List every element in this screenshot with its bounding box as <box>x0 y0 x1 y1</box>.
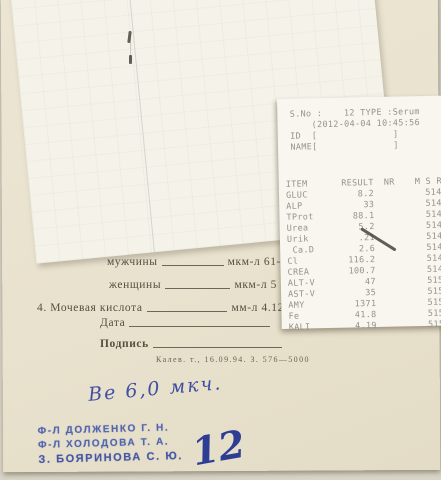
receipt-name-line: NAME[ ] <box>285 139 441 153</box>
staple-bottom-mark <box>129 55 132 64</box>
item-rc: 5152 <box>417 297 441 309</box>
date-label: Дата <box>100 317 125 329</box>
printing-house-note: Калев. т., 16.09.94. З. 576—5000 <box>156 355 310 364</box>
item-result: 8.2 <box>332 189 374 201</box>
item-rc: 5146 <box>416 231 441 243</box>
men-unit: мкм-л 61- <box>228 256 281 268</box>
col-ms-rc: M S RC# <box>415 176 441 188</box>
item-result: 47 <box>334 277 376 289</box>
women-unit: мкм-л 5 <box>234 279 277 291</box>
item-rc: 5154 <box>418 319 441 331</box>
item-result: 100.7 <box>334 266 376 278</box>
item-result: 1371 <box>334 299 376 311</box>
signature-label: Подпись <box>100 338 149 350</box>
item-rc: 5147 <box>416 242 441 254</box>
blank-line <box>165 288 230 289</box>
form-line-date: Дата <box>100 317 274 329</box>
item-rc: 5151 <box>417 286 441 298</box>
personnel-stamp: Ф-Л ДОЛЖЕНКО Г. Н. Ф-Л ХОЛОДОВА Т. А. З.… <box>37 421 183 467</box>
item-result: 35 <box>334 288 376 300</box>
form-line-signature: Подпись <box>100 338 286 350</box>
blank-line <box>129 326 270 327</box>
form-line-uric-acid: 4. Мочевая кислота мм-л 4.12 <box>37 302 284 314</box>
item-rc: 5145 <box>416 220 441 232</box>
item-rc: 5149 <box>417 264 441 276</box>
item-rc: 5144 <box>415 209 441 221</box>
item-result: 33 <box>332 200 374 212</box>
document-photo: мужчины мкм-л 61- женщины мкм-л 5 4. Моч… <box>0 0 441 480</box>
item-rc: 5148 <box>416 253 441 265</box>
item-rc: 5143 <box>415 198 441 210</box>
item-result: 116.2 <box>333 255 375 267</box>
item-rc: 5142 <box>415 187 441 199</box>
item-result: 41.8 <box>334 310 376 322</box>
lab-analyzer-receipt: S.No : 12 TYPE :Serum (2012-04-04 10:45:… <box>277 95 441 329</box>
item-result: 2.6 <box>333 244 375 256</box>
form-line-women: женщины мкм-л 5 <box>109 279 277 291</box>
handwritten-sample-number: 12 <box>188 421 248 475</box>
col-nr: NR <box>384 177 415 189</box>
men-label: мужчины <box>107 256 158 268</box>
col-result: RESULT <box>332 178 374 190</box>
blank-line <box>153 347 282 348</box>
item-rc: 5153 <box>417 308 441 320</box>
women-label: женщины <box>109 279 161 291</box>
uric-acid-unit: мм-л 4.12 <box>231 302 284 314</box>
item-result: 4.19 <box>335 321 377 333</box>
blank-line <box>162 265 224 266</box>
uric-acid-label: 4. Мочевая кислота <box>37 302 143 314</box>
form-line-men: мужчины мкм-л 61- <box>107 256 281 268</box>
item-result: 88.1 <box>332 211 374 223</box>
item-rc: 5150 <box>417 275 441 287</box>
blank-line <box>147 311 228 312</box>
item-name: KALI <box>289 322 335 334</box>
